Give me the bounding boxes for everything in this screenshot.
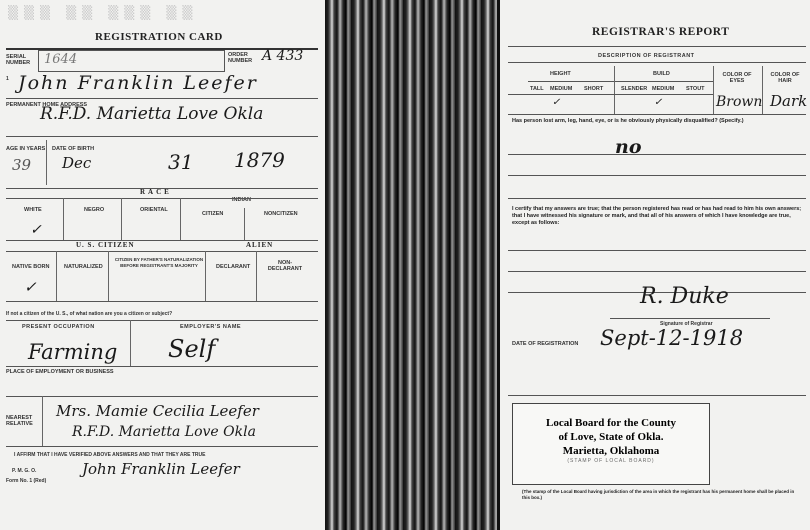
race-col-oriental: Oriental [140,207,168,213]
race-header: RACE [140,188,172,196]
local-board-stamp: Local Board for the County of Love, Stat… [512,403,710,485]
card-title: REGISTRATION CARD [95,31,223,43]
employer-label: EMPLOYER'S NAME [180,324,241,330]
divider [256,251,257,301]
divider [508,271,806,272]
nearest-relative-label: NEAREST RELATIVE [6,415,40,427]
divider [130,320,131,366]
divider [180,198,181,240]
description-subtitle: DESCRIPTION OF REGISTRANT [598,53,695,59]
race-white-mark: ✓ [30,222,42,238]
serial-number-label: SERIAL NUMBER [6,54,32,66]
field-number: 1 [6,76,9,82]
medium-height-mark: ✓ [552,97,560,108]
stamp-line-3: Marietta, Oklahoma [513,444,709,458]
eye-color: Brown [716,94,762,110]
divider [108,251,109,301]
alien-col-nondeclarant: Non-declarant [266,260,304,272]
divider [508,94,713,95]
divider [508,62,806,63]
citizen-header: U. S. CITIZEN [76,241,135,249]
divider [205,251,206,301]
divider [508,46,806,47]
divider [614,66,615,114]
report-title: REGISTRAR'S REPORT [592,26,729,38]
date-label: Date of Registration [512,341,578,347]
divider [508,154,806,155]
medium-build-mark: ✓ [654,97,662,108]
divider [121,198,122,240]
registrar-signature: R. Duke [640,284,729,309]
dob-year: 1879 [234,148,285,172]
stamp-line-2: of Love, State of Okla. [513,430,709,444]
employer-value: Self [168,335,215,363]
certification-text: I certify that my answers are true; that… [512,206,808,227]
divider [46,140,47,185]
height-header: HEIGHT [550,71,571,77]
divider [56,251,57,301]
stamp-footnote: (The stamp of the Local Board having jur… [522,489,802,501]
race-col-white: White [24,207,42,213]
divider [6,136,318,137]
height-col-medium: Medium [550,86,572,92]
registration-date: Sept-12-1918 [600,326,743,350]
age-value: 39 [12,156,31,174]
race-col-noncitizen: Noncitizen [264,211,298,217]
home-address: R.F.D. Marietta Love Okla [40,104,263,124]
registrant-name: John Franklin Leefer [18,72,258,94]
native-born-mark: ✓ [24,278,37,296]
order-number-value: A 433 [262,48,303,64]
divider [42,396,43,446]
divider [713,66,714,114]
alien-col-declarant: Declarant [216,264,250,270]
build-col-stout: Stout [686,86,705,92]
hair-color: Dark [770,92,807,110]
nearest-relative-address: R.F.D. Marietta Love Okla [72,424,256,440]
divider [6,98,318,99]
divider [244,208,245,240]
alien-header: ALIEN [246,241,273,249]
divider [508,198,806,199]
divider [508,250,806,251]
divider [6,320,318,321]
race-col-negro: Negro [84,207,104,213]
divider [6,198,318,199]
hair-label: COLOR OF HAIR [770,72,800,84]
registration-card: ▒▒▒ ▒▒ ▒▒▒ ▒▒ REGISTRATION CARD SERIAL N… [0,0,328,530]
serial-number-value: 1644 [44,52,77,67]
divider [508,395,806,396]
registrant-signature: John Franklin Leefer [82,460,240,478]
build-col-medium: Medium [652,86,674,92]
divider [508,114,806,115]
place-of-employment-label: PLACE OF EMPLOYMENT OR BUSINESS [6,369,114,375]
divider [6,366,318,367]
race-col-citizen: Citizen [202,211,223,217]
eyes-label: COLOR OF EYES [722,72,752,84]
nearest-relative-name: Mrs. Mamie Cecilia Leefer [56,402,259,420]
affirmation-text: I AFFIRM THAT I HAVE VERIFIED ABOVE ANSW… [14,452,314,458]
build-header: BUILD [653,71,670,77]
citizen-col-by-father: Citizen by Father's Naturalization Befor… [114,257,204,269]
divider [6,301,318,302]
height-col-short: Short [584,86,603,92]
dob-label: Date of Birth [52,146,94,152]
stamp-line-4: (STAMP OF LOCAL BOARD) [513,458,709,464]
age-label: Age in Years [6,146,45,152]
divider [6,446,318,447]
divider [6,251,318,252]
citizen-col-naturalized: Naturalized [64,264,103,270]
lost-limb-question: Has person lost arm, leg, hand, eye, or … [512,118,802,125]
divider [6,396,318,397]
bleed-through-text: ▒▒▒ ▒▒ ▒▒▒ ▒▒ [8,6,308,24]
build-col-slender: Slender [621,86,647,92]
height-col-tall: Tall [530,86,544,92]
film-binding-edge [325,0,497,530]
dob-month: Dec [62,154,91,172]
stamp-line-1: Local Board for the County [513,416,709,430]
form-label-2: Form No. 1 (Red) [6,478,46,484]
form-label-1: P. M. G. O. [12,468,36,474]
divider [508,175,806,176]
dob-day: 31 [168,150,193,174]
divider [63,198,64,240]
signature-line [610,318,770,319]
divider [528,81,713,82]
order-number-label: ORDER NUMBER [228,52,256,64]
field-15-label: If not a citizen of the U. S., of what n… [6,311,206,317]
citizen-col-native: Native Born [12,264,49,270]
occupation-label: PRESENT OCCUPATION [22,324,95,330]
occupation-value: Farming [28,340,117,364]
